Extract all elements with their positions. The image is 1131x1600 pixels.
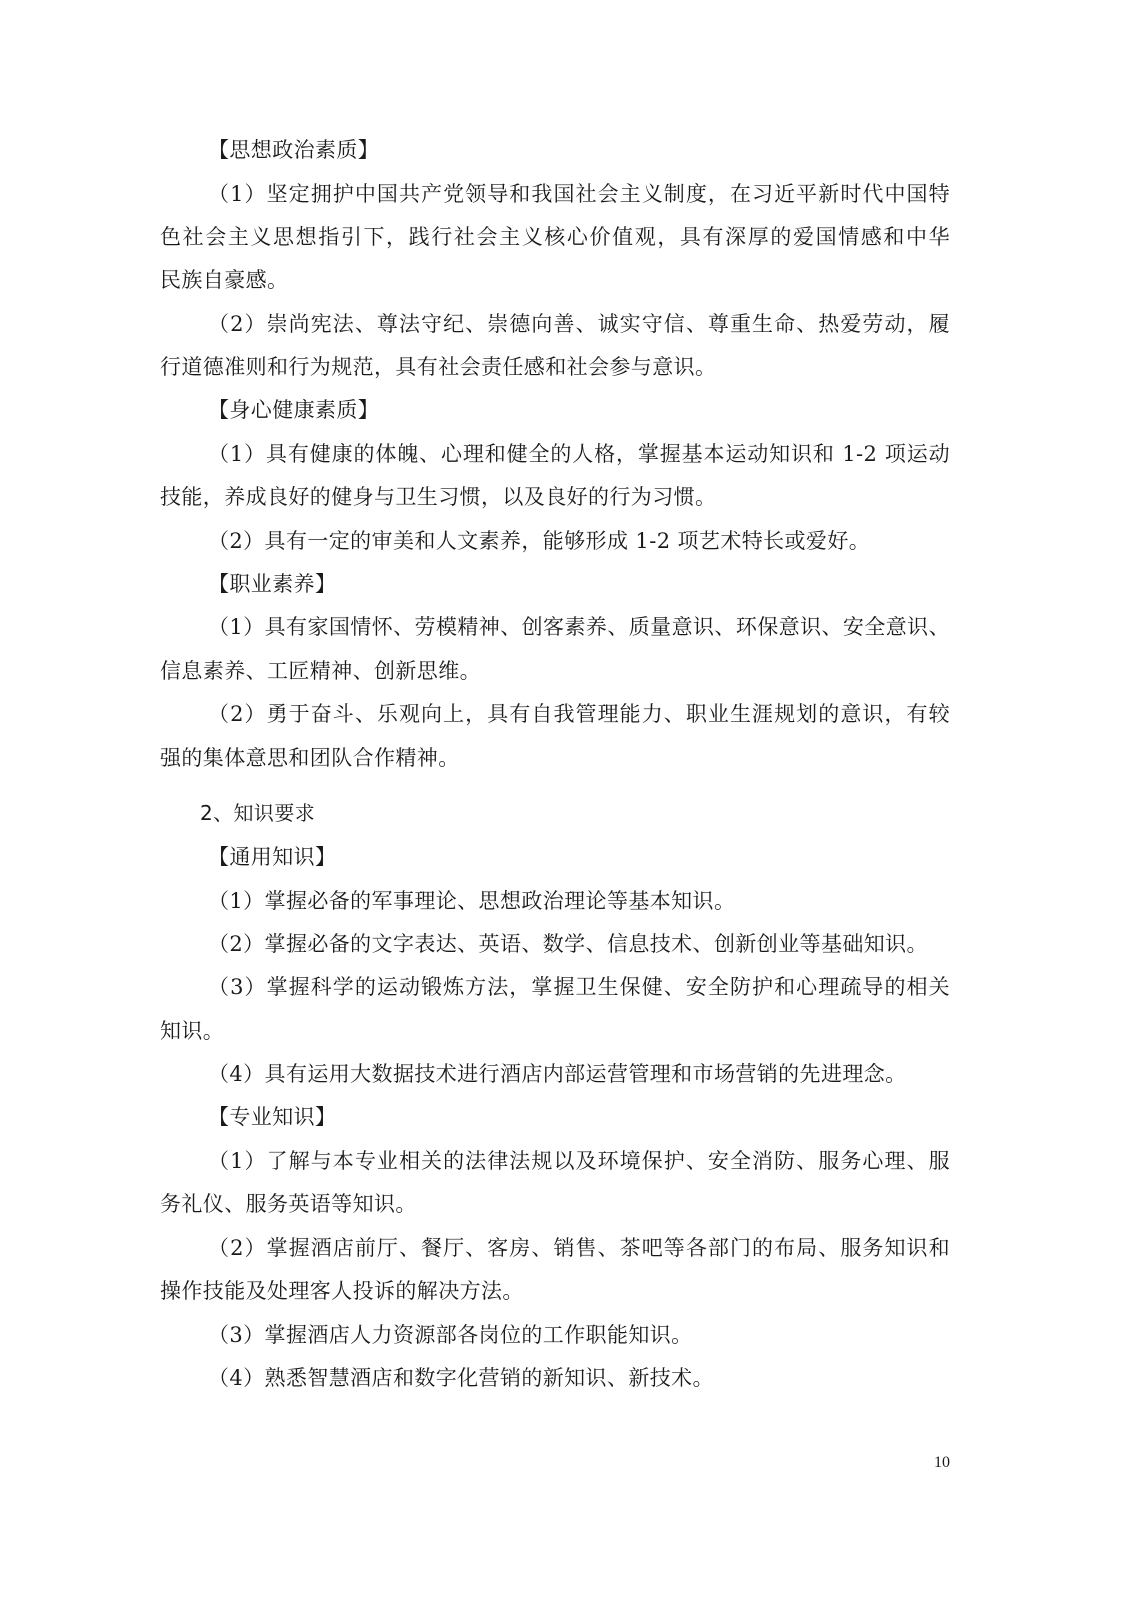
paragraph-line: （1）具有家国情怀、劳模精神、创客素养、质量意识、环保意识、安全意识、 (208, 613, 950, 641)
paragraph-line: （2）掌握必备的文字表达、英语、数学、信息技术、创新创业等基础知识。 (208, 930, 928, 958)
paragraph-line: （2）勇于奋斗、乐观向上，具有自我管理能力、职业生涯规划的意识，有较 (208, 700, 950, 728)
paragraph-line: （4）具有运用大数据技术进行酒店内部运营管理和市场营销的先进理念。 (208, 1060, 907, 1088)
subsection-title: 2、知识要求 (200, 799, 315, 827)
paragraph-line: 知识。 (160, 1017, 224, 1045)
section-heading-political: 【思想政治素质】 (208, 136, 379, 164)
paragraph-line: （1）了解与本专业相关的法律法规以及环境保护、安全消防、服务心理、服 (208, 1147, 950, 1175)
paragraph-line: （2）具有一定的审美和人文素养，能够形成 1-2 项艺术特长或爱好。 (208, 527, 870, 555)
section-heading-professional-knowledge: 【专业知识】 (208, 1103, 336, 1131)
section-heading-general-knowledge: 【通用知识】 (208, 843, 336, 871)
paragraph-line: 民族自豪感。 (160, 266, 288, 294)
paragraph-line: 操作技能及处理客人投诉的解决方法。 (160, 1277, 524, 1305)
paragraph-line: 信息素养、工匠精神、创新思维。 (160, 657, 481, 685)
document-page: 【思想政治素质】 （1）坚定拥护中国共产党领导和我国社会主义制度，在习近平新时代… (0, 0, 1131, 1600)
paragraph-line: （4）熟悉智慧酒店和数字化营销的新知识、新技术。 (208, 1364, 714, 1392)
paragraph-line: （2）崇尚宪法、尊法守纪、崇德向善、诚实守信、尊重生命、热爱劳动，履 (208, 310, 950, 338)
paragraph-line: （1）具有健康的体魄、心理和健全的人格，掌握基本运动知识和 1-2 项运动 (208, 440, 950, 468)
paragraph-line: （1）坚定拥护中国共产党领导和我国社会主义制度，在习近平新时代中国特 (208, 180, 950, 208)
paragraph-line: （2）掌握酒店前厅、餐厅、客房、销售、茶吧等各部门的布局、服务知识和 (208, 1234, 950, 1262)
paragraph-line: （3）掌握酒店人力资源部各岗位的工作职能知识。 (208, 1321, 693, 1349)
page-number: 10 (934, 1454, 950, 1472)
section-heading-professional: 【职业素养】 (208, 570, 336, 598)
paragraph-line: 技能，养成良好的健身与卫生习惯，以及良好的行为习惯。 (160, 483, 716, 511)
section-heading-health: 【身心健康素质】 (208, 396, 379, 424)
paragraph-line: 强的集体意思和团队合作精神。 (160, 744, 460, 772)
paragraph-line: 行道德准则和行为规范，具有社会责任感和社会参与意识。 (160, 353, 716, 381)
paragraph-line: 色社会主义思想指引下，践行社会主义核心价值观，具有深厚的爱国情感和中华 (160, 223, 950, 251)
paragraph-line: 务礼仪、服务英语等知识。 (160, 1190, 417, 1218)
paragraph-line: （1）掌握必备的军事理论、思想政治理论等基本知识。 (208, 887, 735, 915)
paragraph-line: （3）掌握科学的运动锻炼方法，掌握卫生保健、安全防护和心理疏导的相关 (208, 973, 950, 1001)
